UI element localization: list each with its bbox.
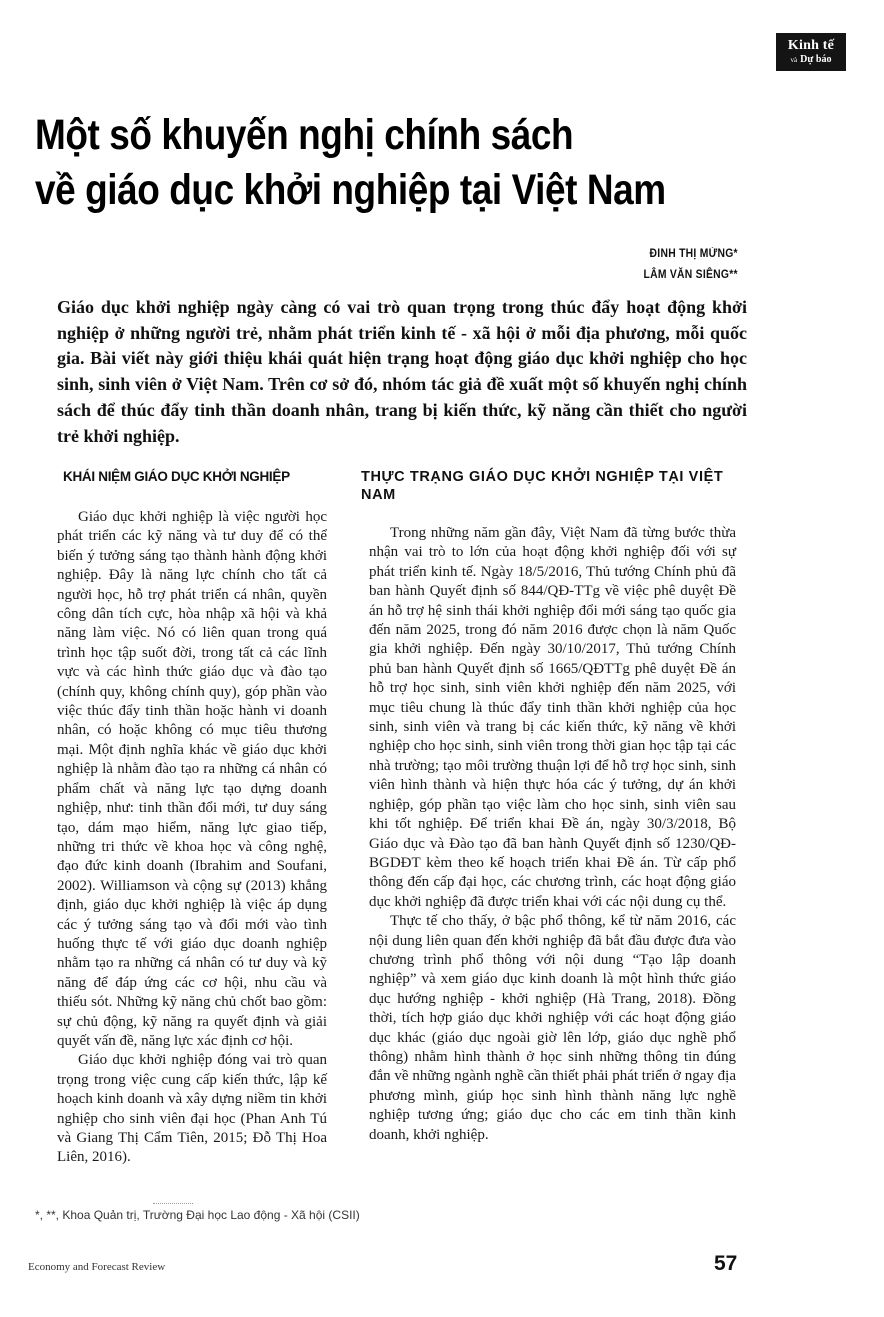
page-number: 57: [714, 1252, 737, 1276]
authors: ĐINH THỊ MỪNG* LÂM VĂN SIÊNG**: [644, 244, 738, 286]
paragraph: Giáo dục khởi nghiệp là việc người học p…: [57, 508, 327, 1051]
paragraph: Thực tế cho thấy, ở bậc phổ thông, kể từ…: [369, 912, 736, 1145]
footnote-affiliation: *, **, Khoa Quản trị, Trường Đại học Lao…: [35, 1208, 360, 1222]
section-heading-status: THỰC TRẠNG GIÁO DỤC KHỞI NGHIỆP TẠI VIỆT…: [361, 468, 736, 504]
title-line-1: Một số khuyến nghị chính sách: [35, 108, 671, 163]
column-right: THỰC TRẠNG GIÁO DỤC KHỞI NGHIỆP TẠI VIỆT…: [369, 468, 736, 1145]
author-1: ĐINH THỊ MỪNG*: [644, 244, 738, 265]
footnote-divider: [153, 1203, 193, 1204]
logo-line-2: vàDự báo: [791, 55, 832, 65]
paragraph: Giáo dục khởi nghiệp đóng vai trò quan t…: [57, 1051, 327, 1167]
paragraph: Trong những năm gần đây, Việt Nam đã từn…: [369, 524, 736, 912]
article-title: Một số khuyến nghị chính sách về giáo dụ…: [35, 108, 671, 218]
section-heading-concept: KHÁI NIỆM GIÁO DỤC KHỞI NGHIỆP: [63, 468, 327, 486]
column-left: KHÁI NIỆM GIÁO DỤC KHỞI NGHIỆP Giáo dục …: [57, 468, 327, 1168]
author-2: LÂM VĂN SIÊNG**: [644, 265, 738, 286]
logo-line-1: Kinh tế: [788, 39, 834, 53]
abstract: Giáo dục khởi nghiệp ngày càng có vai tr…: [57, 295, 747, 449]
title-line-2: về giáo dục khởi nghiệp tại Việt Nam: [35, 163, 671, 218]
journal-logo: Kinh tế vàDự báo: [776, 33, 846, 71]
journal-name: Economy and Forecast Review: [28, 1261, 165, 1273]
